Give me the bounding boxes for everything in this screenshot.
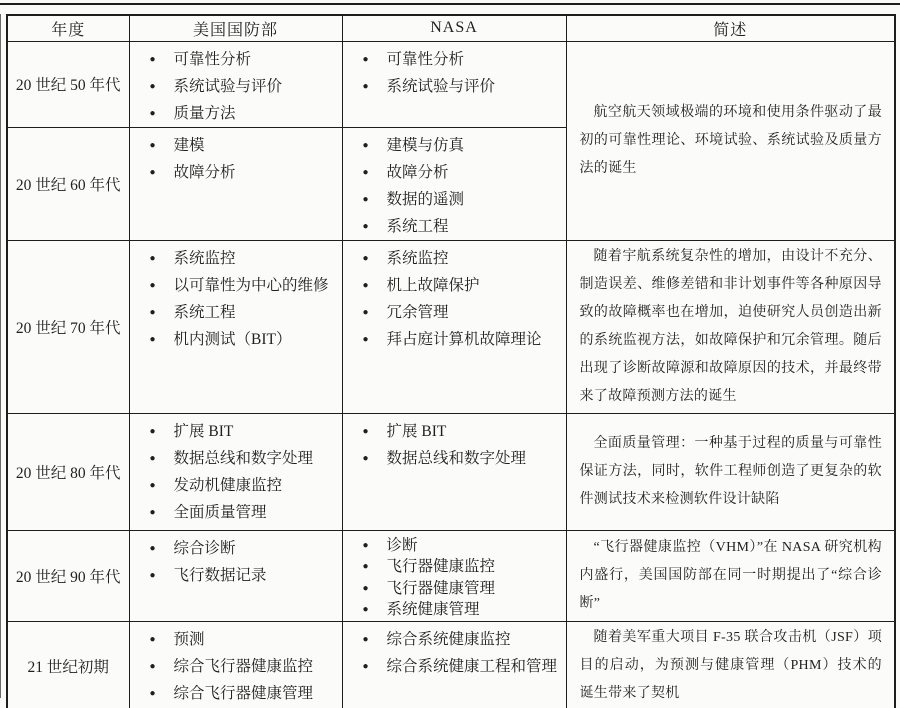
bullet-item-label: 系统试验与评价	[387, 78, 496, 95]
bullet-item: ●数据总线和数字处理	[150, 445, 340, 472]
bullet-item-label: 故障分析	[174, 164, 236, 181]
page-edge-line	[0, 14, 1, 698]
bullet-item: ●综合飞行器健康管理	[150, 680, 340, 707]
dod-cell: ●建模●故障分析	[129, 127, 342, 240]
bullet-item: ●发动机健康监控	[150, 472, 340, 499]
bullet-item-label: 建模与仿真	[387, 137, 465, 154]
era-cell: 20 世纪 50 年代	[7, 41, 129, 127]
bullet-item-label: 可靠性分析	[174, 51, 252, 68]
bullet-icon: ●	[363, 653, 369, 680]
bullet-item: ●系统试验与评价	[150, 73, 340, 100]
bullet-icon: ●	[363, 535, 369, 557]
bullet-item: ●综合系统健康工程和管理	[363, 653, 564, 680]
bullet-item: ●质量方法	[150, 100, 340, 127]
bullet-icon: ●	[150, 562, 156, 589]
bullet-icon: ●	[363, 272, 369, 299]
bullet-item: ●诊断	[363, 535, 564, 557]
bullet-item: ●冗余管理	[363, 299, 564, 326]
bullet-item: ●系统监控	[363, 245, 564, 272]
bullet-item: ●系统健康管理	[363, 599, 564, 621]
bullet-item: ●建模	[150, 132, 340, 159]
bullet-item: ●系统工程	[150, 299, 340, 326]
bullet-icon: ●	[150, 326, 156, 353]
bullet-icon: ●	[363, 46, 369, 73]
bullet-item-label: 数据总线和数字处理	[387, 450, 527, 467]
bullet-icon: ●	[150, 100, 156, 127]
bullet-item-label: 系统工程	[387, 218, 449, 235]
bullet-item: ●系统工程	[363, 213, 564, 240]
bullet-icon: ●	[363, 599, 369, 621]
bullet-item-label: 综合飞行器健康监控	[174, 658, 314, 675]
nasa-bullet-list: ●可靠性分析●系统试验与评价	[343, 42, 566, 100]
bullet-item: ●飞行数据记录	[150, 562, 340, 589]
bullet-item: ●综合飞行器健康监控	[150, 653, 340, 680]
bullet-icon: ●	[363, 556, 369, 578]
bullet-item-label: 飞行器健康监控	[387, 558, 496, 575]
nasa-bullet-list: ●建模与仿真●故障分析●数据的遥测●系统工程	[343, 128, 566, 240]
summary-cell: 随着美军重大项目 F-35 联合攻击机（JSF）项目的启动，为预测与健康管理（P…	[566, 621, 895, 708]
bullet-icon: ●	[150, 499, 156, 526]
bullet-icon: ●	[150, 472, 156, 499]
bullet-item-label: 系统健康管理	[387, 601, 480, 618]
bullet-icon: ●	[150, 445, 156, 472]
bullet-item-label: 飞行器健康管理	[387, 580, 496, 597]
col-header-era: 年度	[7, 15, 129, 41]
bullet-icon: ●	[363, 213, 369, 240]
bullet-item: ●拜占庭计算机故障理论	[363, 326, 564, 353]
bullet-icon: ●	[363, 626, 369, 653]
bullet-item-label: 拜占庭计算机故障理论	[387, 331, 542, 348]
bullet-icon: ●	[150, 272, 156, 299]
dod-cell: ●扩展 BIT●数据总线和数字处理●发动机健康监控●全面质量管理	[129, 413, 342, 530]
bullet-item-label: 预测	[174, 631, 205, 648]
era-cell: 21 世纪初期	[7, 621, 129, 708]
bullet-item-label: 质量方法	[174, 105, 236, 122]
bullet-item: ●以可靠性为中心的维修	[150, 272, 340, 299]
col-header-dod: 美国国防部	[129, 15, 342, 41]
bullet-item-label: 机上故障保护	[387, 277, 480, 294]
bullet-item: ●机上故障保护	[363, 272, 564, 299]
bullet-item-label: 系统监控	[174, 250, 236, 267]
summary-cell: 航空航天领域极端的环境和使用条件驱动了最初的可靠性理论、环境试验、系统试验及质量…	[566, 41, 895, 240]
bullet-item: ●机内测试（BIT）	[150, 326, 340, 353]
dod-bullet-list: ●预测●综合飞行器健康监控●综合飞行器健康管理	[130, 622, 342, 707]
bullet-item-label: 冗余管理	[387, 304, 449, 321]
nasa-cell: ●系统监控●机上故障保护●冗余管理●拜占庭计算机故障理论	[342, 240, 566, 413]
bullet-item-label: 故障分析	[387, 164, 449, 181]
bullet-icon: ●	[150, 626, 156, 653]
bullet-icon: ●	[150, 299, 156, 326]
bullet-item: ●全面质量管理	[150, 499, 340, 526]
bullet-item-label: 建模	[174, 137, 205, 154]
bullet-item-label: 扩展 BIT	[174, 423, 234, 440]
bullet-icon: ●	[150, 680, 156, 707]
bullet-item: ●数据的遥测	[363, 186, 564, 213]
bullet-icon: ●	[150, 46, 156, 73]
dod-bullet-list: ●扩展 BIT●数据总线和数字处理●发动机健康监控●全面质量管理	[130, 414, 342, 526]
table-row-1950s: 20 世纪 50 年代 ●可靠性分析●系统试验与评价●质量方法 ●可靠性分析●系…	[7, 41, 895, 127]
nasa-bullet-list: ●综合系统健康监控●综合系统健康工程和管理	[343, 622, 566, 680]
col-header-summary: 简述	[566, 15, 895, 41]
bullet-icon: ●	[150, 132, 156, 159]
bullet-item: ●建模与仿真	[363, 132, 564, 159]
bullet-icon: ●	[150, 418, 156, 445]
bullet-icon: ●	[363, 299, 369, 326]
bullet-item-label: 机内测试（BIT）	[174, 331, 292, 348]
nasa-cell: ●诊断●飞行器健康监控●飞行器健康管理●系统健康管理	[342, 530, 566, 621]
bullet-item: ●飞行器健康监控	[363, 556, 564, 578]
table-row-1970s: 20 世纪 70 年代 ●系统监控●以可靠性为中心的维修●系统工程●机内测试（B…	[7, 240, 895, 413]
dod-bullet-list: ●可靠性分析●系统试验与评价●质量方法	[130, 42, 342, 127]
era-cell: 20 世纪 80 年代	[7, 413, 129, 530]
bullet-item: ●系统监控	[150, 245, 340, 272]
table-row-2000s: 21 世纪初期 ●预测●综合飞行器健康监控●综合飞行器健康管理 ●综合系统健康监…	[7, 621, 895, 708]
bullet-item-label: 数据总线和数字处理	[174, 450, 314, 467]
summary-cell: 随着宇航系统复杂性的增加，由设计不充分、制造误差、维修差错和非计划事件等各种原因…	[566, 240, 895, 413]
bullet-item-label: 系统监控	[387, 250, 449, 267]
bullet-item: ●故障分析	[150, 159, 340, 186]
bullet-item-label: 综合系统健康工程和管理	[387, 658, 558, 675]
bullet-icon: ●	[363, 418, 369, 445]
bullet-icon: ●	[150, 159, 156, 186]
bullet-item: ●综合诊断	[150, 535, 340, 562]
nasa-cell: ●综合系统健康监控●综合系统健康工程和管理	[342, 621, 566, 708]
col-header-nasa: NASA	[342, 15, 566, 41]
bullet-item-label: 综合飞行器健康管理	[174, 685, 314, 702]
bullet-item: ●数据总线和数字处理	[363, 445, 564, 472]
bullet-icon: ●	[150, 245, 156, 272]
bullet-item-label: 综合诊断	[174, 540, 236, 557]
summary-cell: “飞行器健康监控（VHM）”在 NASA 研究机构内盛行，美国国防部在同一时期提…	[566, 530, 895, 621]
bullet-item-label: 系统试验与评价	[174, 78, 283, 95]
nasa-cell: ●建模与仿真●故障分析●数据的遥测●系统工程	[342, 127, 566, 240]
bullet-item-label: 以可靠性为中心的维修	[174, 277, 329, 294]
bullet-item-label: 全面质量管理	[174, 504, 267, 521]
bullet-item: ●预测	[150, 626, 340, 653]
bullet-icon: ●	[150, 73, 156, 100]
bullet-icon: ●	[363, 186, 369, 213]
dod-bullet-list: ●综合诊断●飞行数据记录	[130, 531, 342, 589]
bullet-item: ●综合系统健康监控	[363, 626, 564, 653]
nasa-bullet-list: ●扩展 BIT●数据总线和数字处理	[343, 414, 566, 472]
bullet-icon: ●	[363, 445, 369, 472]
bullet-item-label: 系统工程	[174, 304, 236, 321]
nasa-cell: ●可靠性分析●系统试验与评价	[342, 41, 566, 127]
bullet-icon: ●	[363, 73, 369, 100]
bullet-icon: ●	[363, 578, 369, 600]
bullet-item-label: 数据的遥测	[387, 191, 465, 208]
dod-cell: ●系统监控●以可靠性为中心的维修●系统工程●机内测试（BIT）	[129, 240, 342, 413]
bullet-item-label: 扩展 BIT	[387, 423, 447, 440]
bullet-item: ●系统试验与评价	[363, 73, 564, 100]
phm-history-table: 年度 美国国防部 NASA 简述 20 世纪 50 年代 ●可靠性分析●系统试验…	[6, 14, 896, 708]
bullet-item-label: 飞行数据记录	[174, 567, 267, 584]
dod-cell: ●预测●综合飞行器健康监控●综合飞行器健康管理	[129, 621, 342, 708]
document-page: 年度 美国国防部 NASA 简述 20 世纪 50 年代 ●可靠性分析●系统试验…	[0, 0, 900, 708]
bullet-icon: ●	[150, 653, 156, 680]
dod-cell: ●综合诊断●飞行数据记录	[129, 530, 342, 621]
bullet-icon: ●	[363, 245, 369, 272]
bullet-item: ●故障分析	[363, 159, 564, 186]
era-cell: 20 世纪 70 年代	[7, 240, 129, 413]
dod-cell: ●可靠性分析●系统试验与评价●质量方法	[129, 41, 342, 127]
dod-bullet-list: ●系统监控●以可靠性为中心的维修●系统工程●机内测试（BIT）	[130, 241, 342, 353]
bullet-icon: ●	[150, 535, 156, 562]
table-row-1990s: 20 世纪 90 年代 ●综合诊断●飞行数据记录 ●诊断●飞行器健康监控●飞行器…	[7, 530, 895, 621]
bullet-item-label: 诊断	[387, 537, 418, 554]
bullet-icon: ●	[363, 159, 369, 186]
era-cell: 20 世纪 90 年代	[7, 530, 129, 621]
nasa-bullet-list: ●系统监控●机上故障保护●冗余管理●拜占庭计算机故障理论	[343, 241, 566, 353]
nasa-bullet-list: ●诊断●飞行器健康监控●飞行器健康管理●系统健康管理	[343, 531, 566, 621]
bullet-item-label: 可靠性分析	[387, 51, 465, 68]
bullet-item: ●飞行器健康管理	[363, 578, 564, 600]
top-rule-divider	[0, 3, 900, 5]
bullet-item: ●扩展 BIT	[363, 418, 564, 445]
table-header-row: 年度 美国国防部 NASA 简述	[7, 15, 895, 41]
bullet-item-label: 综合系统健康监控	[387, 631, 511, 648]
bullet-icon: ●	[363, 326, 369, 353]
dod-bullet-list: ●建模●故障分析	[130, 128, 342, 186]
summary-cell: 全面质量管理：一种基于过程的质量与可靠性保证方法，同时，软件工程师创造了更复杂的…	[566, 413, 895, 530]
nasa-cell: ●扩展 BIT●数据总线和数字处理	[342, 413, 566, 530]
bullet-item: ●可靠性分析	[363, 46, 564, 73]
bullet-item-label: 发动机健康监控	[174, 477, 283, 494]
table-row-1980s: 20 世纪 80 年代 ●扩展 BIT●数据总线和数字处理●发动机健康监控●全面…	[7, 413, 895, 530]
bullet-icon: ●	[363, 132, 369, 159]
bullet-item: ●扩展 BIT	[150, 418, 340, 445]
era-cell: 20 世纪 60 年代	[7, 127, 129, 240]
bullet-item: ●可靠性分析	[150, 46, 340, 73]
